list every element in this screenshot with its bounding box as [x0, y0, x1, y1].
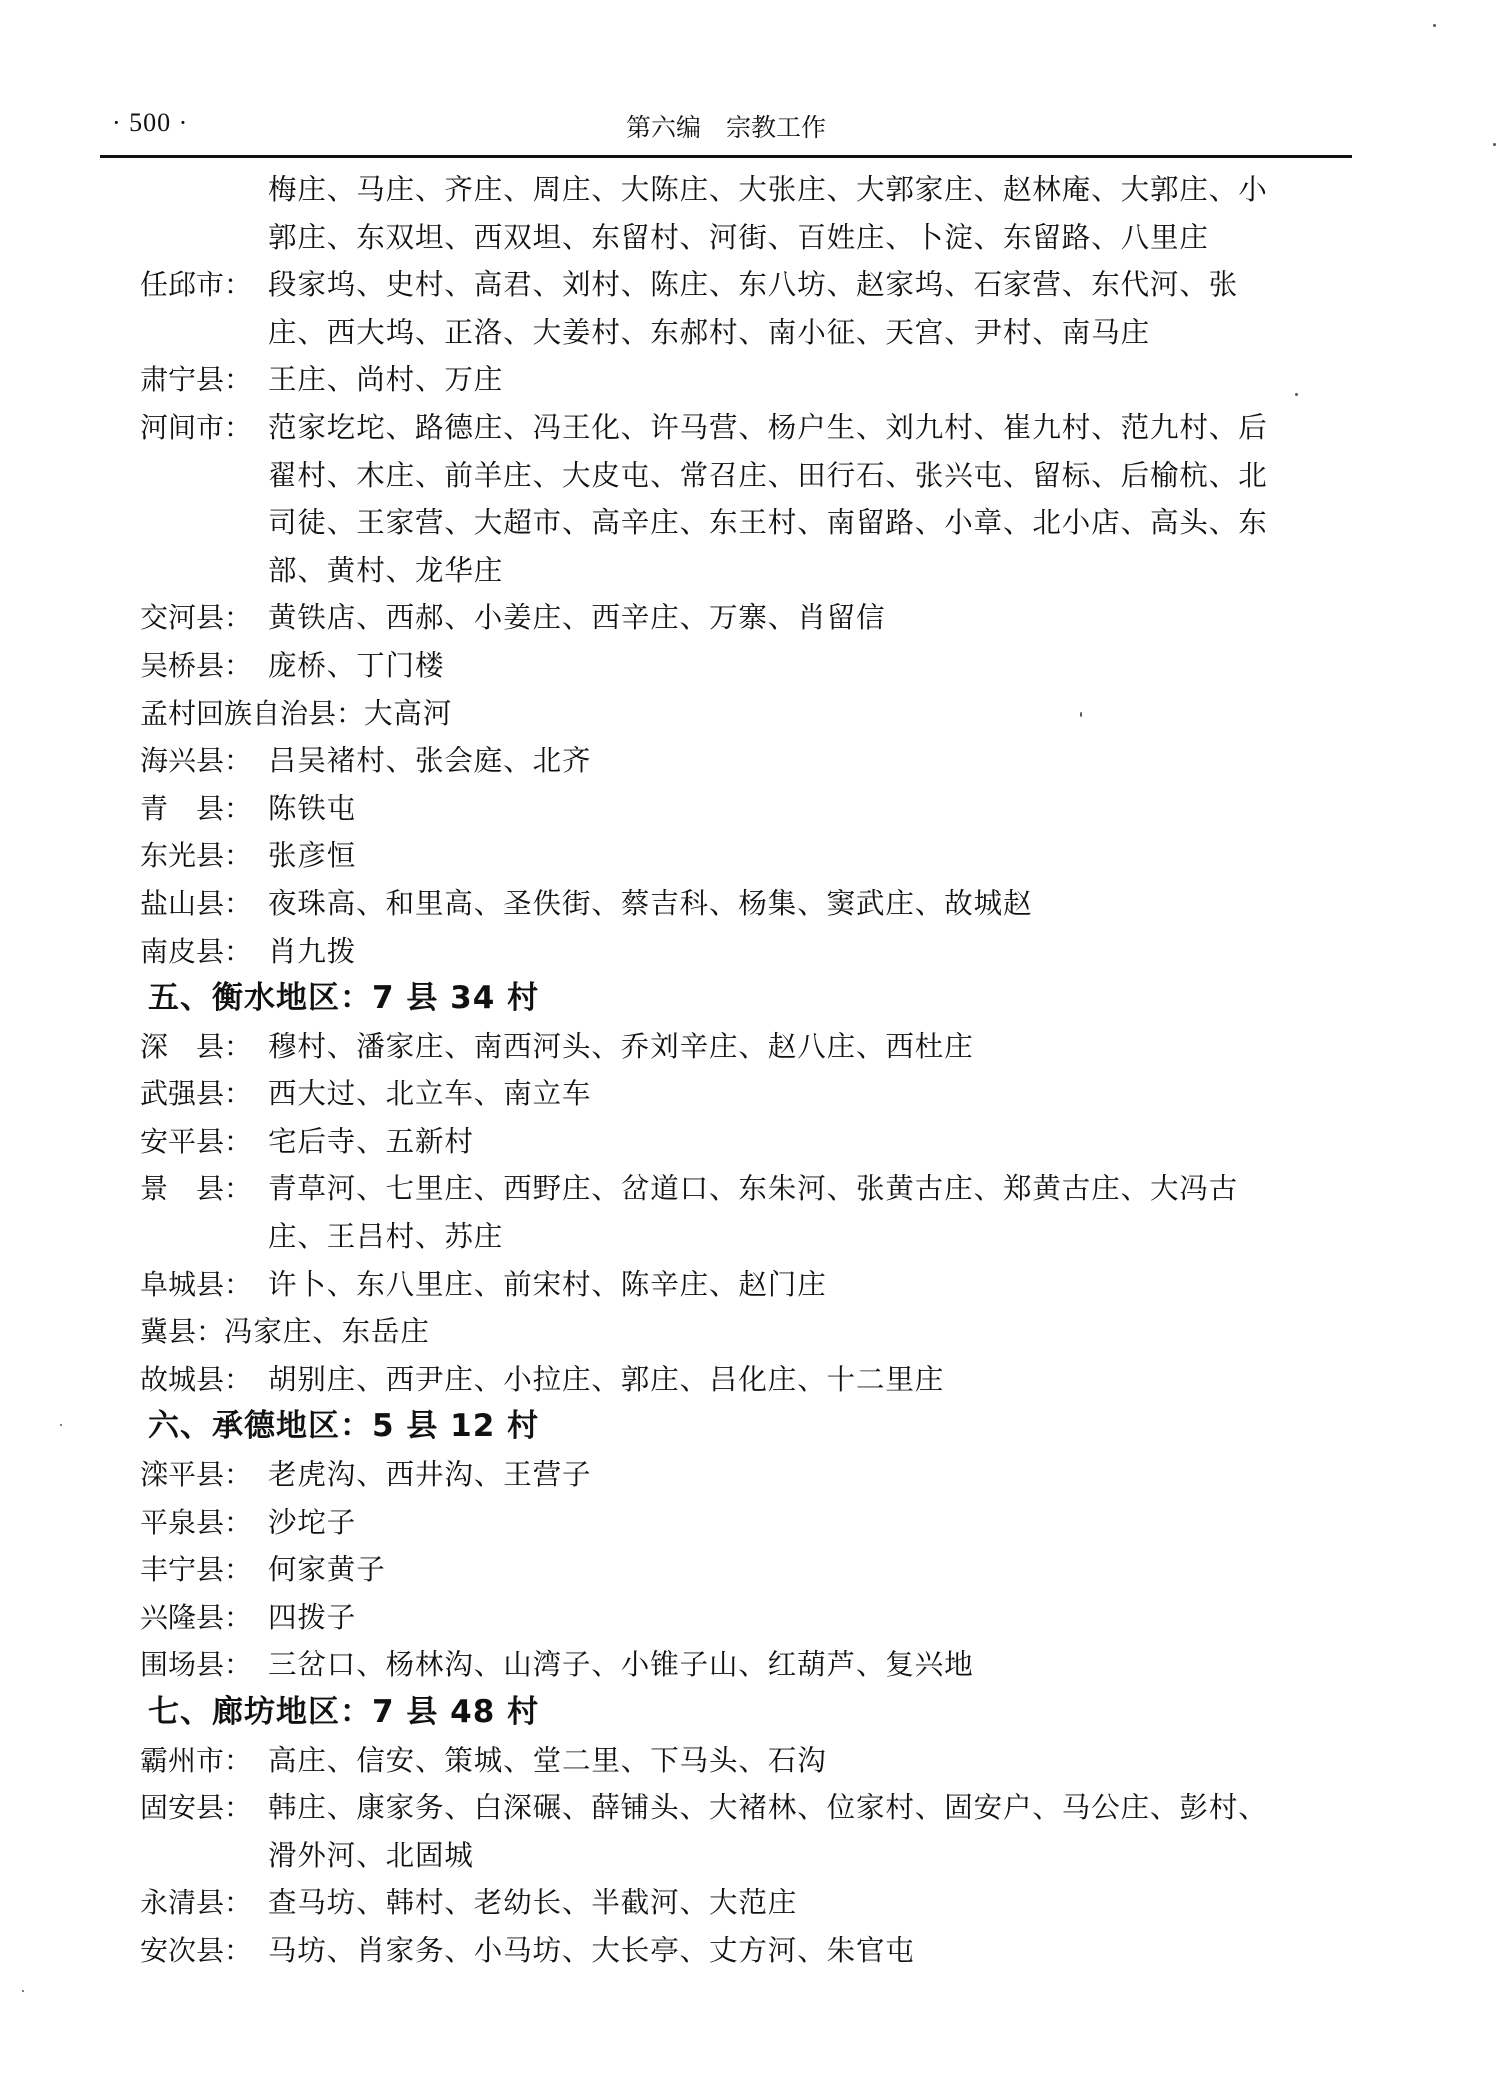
village-names: 高庄、信安、策城、堂二里、下马头、石沟: [268, 1737, 1352, 1785]
county-label: 海兴县：: [140, 737, 268, 785]
county-label: 安平县：: [140, 1118, 268, 1166]
county-entry: 南皮县：肖九拨: [140, 928, 1352, 976]
village-names: 冯家庄、东岳庄: [224, 1308, 1352, 1356]
county-entry: 固安县：韩庄、康家务、白深碾、薛铺头、大褚林、位家村、固安户、马公庄、彭村、滑外…: [140, 1784, 1352, 1879]
village-line: 范家圪坨、路德庄、冯王化、许马营、杨户生、刘九村、崔九村、范九村、后: [268, 404, 1352, 452]
region-heading: 七、廊坊地区：7 县 48 村: [140, 1689, 1352, 1737]
county-entry: 东光县：张彦恒: [140, 832, 1352, 880]
village-names: 西大过、北立车、南立车: [268, 1070, 1352, 1118]
village-names: 许卜、东八里庄、前宋村、陈辛庄、赵门庄: [268, 1261, 1352, 1309]
county-label: 丰宁县：: [140, 1546, 268, 1594]
county-label: 阜城县：: [140, 1261, 268, 1309]
region-heading: 五、衡水地区：7 县 34 村: [140, 975, 1352, 1023]
village-line: 高庄、信安、策城、堂二里、下马头、石沟: [268, 1737, 1352, 1785]
county-entry: 霸州市：高庄、信安、策城、堂二里、下马头、石沟: [140, 1737, 1352, 1785]
village-names: 三岔口、杨林沟、山湾子、小锥子山、红葫芦、复兴地: [268, 1641, 1352, 1689]
village-line: 郭庄、东双坦、西双坦、东留村、河街、百姓庄、卜淀、东留路、八里庄: [268, 214, 1352, 262]
village-names: 四拨子: [268, 1594, 1352, 1642]
county-entry: 安平县：宅后寺、五新村: [140, 1118, 1352, 1166]
county-entry: 河间市：范家圪坨、路德庄、冯王化、许马营、杨户生、刘九村、崔九村、范九村、后翟村…: [140, 404, 1352, 594]
scan-speck: [1080, 712, 1082, 717]
village-line: 许卜、东八里庄、前宋村、陈辛庄、赵门庄: [268, 1261, 1352, 1309]
county-label: 固安县：: [140, 1784, 268, 1879]
village-line: 梅庄、马庄、齐庄、周庄、大陈庄、大张庄、大郭家庄、赵林庵、大郭庄、小: [268, 166, 1352, 214]
village-line: 胡别庄、西尹庄、小拉庄、郭庄、吕化庄、十二里庄: [268, 1356, 1352, 1404]
county-label: 平泉县：: [140, 1499, 268, 1547]
county-entry: 平泉县：沙坨子: [140, 1499, 1352, 1547]
village-names: 肖九拨: [268, 928, 1352, 976]
village-names: 胡别庄、西尹庄、小拉庄、郭庄、吕化庄、十二里庄: [268, 1356, 1352, 1404]
county-entry: 交河县：黄铁店、西郝、小姜庄、西辛庄、万寨、肖留信: [140, 594, 1352, 642]
county-entry: 安次县：马坊、肖家务、小马坊、大长亭、丈方河、朱官屯: [140, 1927, 1352, 1975]
village-names: 穆村、潘家庄、南西河头、乔刘辛庄、赵八庄、西杜庄: [268, 1023, 1352, 1071]
county-label: 故城县：: [140, 1356, 268, 1404]
village-line: 三岔口、杨林沟、山湾子、小锥子山、红葫芦、复兴地: [268, 1641, 1352, 1689]
village-line: 沙坨子: [268, 1499, 1352, 1547]
county-label: 青 县：: [140, 785, 268, 833]
county-label: 景 县：: [140, 1165, 268, 1260]
village-names: 青草河、七里庄、西野庄、岔道口、东朱河、张黄古庄、郑黄古庄、大冯古庄、王吕村、苏…: [268, 1165, 1352, 1260]
header-rule: [100, 155, 1352, 158]
village-line: 何家黄子: [268, 1546, 1352, 1594]
county-entry: 冀县：冯家庄、东岳庄: [140, 1308, 1352, 1356]
village-names: 陈铁屯: [268, 785, 1352, 833]
county-entry: 阜城县：许卜、东八里庄、前宋村、陈辛庄、赵门庄: [140, 1261, 1352, 1309]
county-entry: 滦平县：老虎沟、西井沟、王营子: [140, 1451, 1352, 1499]
village-names: 老虎沟、西井沟、王营子: [268, 1451, 1352, 1499]
county-label: 永清县：: [140, 1879, 268, 1927]
village-line: 段家坞、史村、高君、刘村、陈庄、东八坊、赵家坞、石家营、东代河、张: [268, 261, 1352, 309]
county-entry: 青 县：陈铁屯: [140, 785, 1352, 833]
county-entry: 梅庄、马庄、齐庄、周庄、大陈庄、大张庄、大郭家庄、赵林庵、大郭庄、小郭庄、东双坦…: [140, 166, 1352, 261]
county-label: 霸州市：: [140, 1737, 268, 1785]
village-line: 黄铁店、西郝、小姜庄、西辛庄、万寨、肖留信: [268, 594, 1352, 642]
county-label: 任邱市：: [140, 261, 268, 356]
county-entry: 盐山县：夜珠高、和里高、圣佚街、蔡吉科、杨集、窦武庄、故城赵: [140, 880, 1352, 928]
county-label: 吴桥县：: [140, 642, 268, 690]
village-line: 大高河: [364, 690, 1352, 738]
village-line: 部、黄村、龙华庄: [268, 547, 1352, 595]
village-names: 王庄、尚村、万庄: [268, 356, 1352, 404]
village-names: 查马坊、韩村、老幼长、半截河、大范庄: [268, 1879, 1352, 1927]
village-names: 张彦恒: [268, 832, 1352, 880]
county-label: 南皮县：: [140, 928, 268, 976]
village-names: 吕吴褚村、张会庭、北齐: [268, 737, 1352, 785]
county-label: 兴隆县：: [140, 1594, 268, 1642]
page-header: · 500 · 第六编 宗教工作: [100, 100, 1352, 156]
county-entry: 丰宁县：何家黄子: [140, 1546, 1352, 1594]
county-entry: 孟村回族自治县：大高河: [140, 690, 1352, 738]
county-label: 东光县：: [140, 832, 268, 880]
county-entry: 兴隆县：四拨子: [140, 1594, 1352, 1642]
village-names: 大高河: [364, 690, 1352, 738]
village-names: 黄铁店、西郝、小姜庄、西辛庄、万寨、肖留信: [268, 594, 1352, 642]
village-line: 青草河、七里庄、西野庄、岔道口、东朱河、张黄古庄、郑黄古庄、大冯古: [268, 1165, 1352, 1213]
county-label: 盐山县：: [140, 880, 268, 928]
county-label: 深 县：: [140, 1023, 268, 1071]
village-line: 穆村、潘家庄、南西河头、乔刘辛庄、赵八庄、西杜庄: [268, 1023, 1352, 1071]
village-names: 沙坨子: [268, 1499, 1352, 1547]
village-names: 范家圪坨、路德庄、冯王化、许马营、杨户生、刘九村、崔九村、范九村、后翟村、木庄、…: [268, 404, 1352, 594]
village-line: 查马坊、韩村、老幼长、半截河、大范庄: [268, 1879, 1352, 1927]
village-names: 宅后寺、五新村: [268, 1118, 1352, 1166]
county-label: 孟村回族自治县：: [140, 690, 364, 738]
village-line: 吕吴褚村、张会庭、北齐: [268, 737, 1352, 785]
county-entry: 武强县：西大过、北立车、南立车: [140, 1070, 1352, 1118]
region-heading: 六、承德地区：5 县 12 村: [140, 1403, 1352, 1451]
village-names: 庞桥、丁门楼: [268, 642, 1352, 690]
county-entry: 景 县：青草河、七里庄、西野庄、岔道口、东朱河、张黄古庄、郑黄古庄、大冯古庄、王…: [140, 1165, 1352, 1260]
county-label: 河间市：: [140, 404, 268, 594]
village-line: 西大过、北立车、南立车: [268, 1070, 1352, 1118]
county-entry: 肃宁县：王庄、尚村、万庄: [140, 356, 1352, 404]
village-line: 庄、西大坞、正洛、大姜村、东郝村、南小征、天宫、尹村、南马庄: [268, 309, 1352, 357]
county-label: 交河县：: [140, 594, 268, 642]
village-line: 庞桥、丁门楼: [268, 642, 1352, 690]
county-entry: 吴桥县：庞桥、丁门楼: [140, 642, 1352, 690]
village-line: 四拨子: [268, 1594, 1352, 1642]
village-line: 滑外河、北固城: [268, 1832, 1352, 1880]
village-line: 肖九拨: [268, 928, 1352, 976]
village-line: 张彦恒: [268, 832, 1352, 880]
county-label: 肃宁县：: [140, 356, 268, 404]
county-entry: 永清县：查马坊、韩村、老幼长、半截河、大范庄: [140, 1879, 1352, 1927]
village-names: 何家黄子: [268, 1546, 1352, 1594]
county-label: 武强县：: [140, 1070, 268, 1118]
scan-speck: [60, 1424, 62, 1426]
scan-speck: [1493, 143, 1496, 146]
village-line: 韩庄、康家务、白深碾、薛铺头、大褚林、位家村、固安户、马公庄、彭村、: [268, 1784, 1352, 1832]
scan-speck: [1295, 393, 1298, 396]
village-names: 梅庄、马庄、齐庄、周庄、大陈庄、大张庄、大郭家庄、赵林庵、大郭庄、小郭庄、东双坦…: [268, 166, 1352, 261]
county-entry: 故城县：胡别庄、西尹庄、小拉庄、郭庄、吕化庄、十二里庄: [140, 1356, 1352, 1404]
village-line: 冯家庄、东岳庄: [224, 1308, 1352, 1356]
village-line: 宅后寺、五新村: [268, 1118, 1352, 1166]
village-names: 韩庄、康家务、白深碾、薛铺头、大褚林、位家村、固安户、马公庄、彭村、滑外河、北固…: [268, 1784, 1352, 1879]
scan-speck: [22, 1990, 24, 1992]
scan-speck: [1433, 24, 1436, 27]
county-entry: 围场县：三岔口、杨林沟、山湾子、小锥子山、红葫芦、复兴地: [140, 1641, 1352, 1689]
village-names: 段家坞、史村、高君、刘村、陈庄、东八坊、赵家坞、石家营、东代河、张庄、西大坞、正…: [268, 261, 1352, 356]
village-line: 陈铁屯: [268, 785, 1352, 833]
village-line: 翟村、木庄、前羊庄、大皮屯、常召庄、田行石、张兴屯、留标、后榆杭、北: [268, 452, 1352, 500]
village-names: 夜珠高、和里高、圣佚街、蔡吉科、杨集、窦武庄、故城赵: [268, 880, 1352, 928]
village-names: 马坊、肖家务、小马坊、大长亭、丈方河、朱官屯: [268, 1927, 1352, 1975]
county-entry: 任邱市：段家坞、史村、高君、刘村、陈庄、东八坊、赵家坞、石家营、东代河、张庄、西…: [140, 261, 1352, 356]
village-line: 夜珠高、和里高、圣佚街、蔡吉科、杨集、窦武庄、故城赵: [268, 880, 1352, 928]
county-label: [140, 166, 268, 261]
village-list: 梅庄、马庄、齐庄、周庄、大陈庄、大张庄、大郭家庄、赵林庵、大郭庄、小郭庄、东双坦…: [140, 166, 1352, 1975]
county-label: 冀县：: [140, 1308, 224, 1356]
village-line: 马坊、肖家务、小马坊、大长亭、丈方河、朱官屯: [268, 1927, 1352, 1975]
county-label: 滦平县：: [140, 1451, 268, 1499]
village-line: 老虎沟、西井沟、王营子: [268, 1451, 1352, 1499]
running-title: 第六编 宗教工作: [100, 108, 1352, 144]
county-entry: 深 县：穆村、潘家庄、南西河头、乔刘辛庄、赵八庄、西杜庄: [140, 1023, 1352, 1071]
village-line: 王庄、尚村、万庄: [268, 356, 1352, 404]
village-line: 庄、王吕村、苏庄: [268, 1213, 1352, 1261]
county-label: 安次县：: [140, 1927, 268, 1975]
village-line: 司徒、王家营、大超市、高辛庄、东王村、南留路、小章、北小店、高头、东: [268, 499, 1352, 547]
county-entry: 海兴县：吕吴褚村、张会庭、北齐: [140, 737, 1352, 785]
county-label: 围场县：: [140, 1641, 268, 1689]
